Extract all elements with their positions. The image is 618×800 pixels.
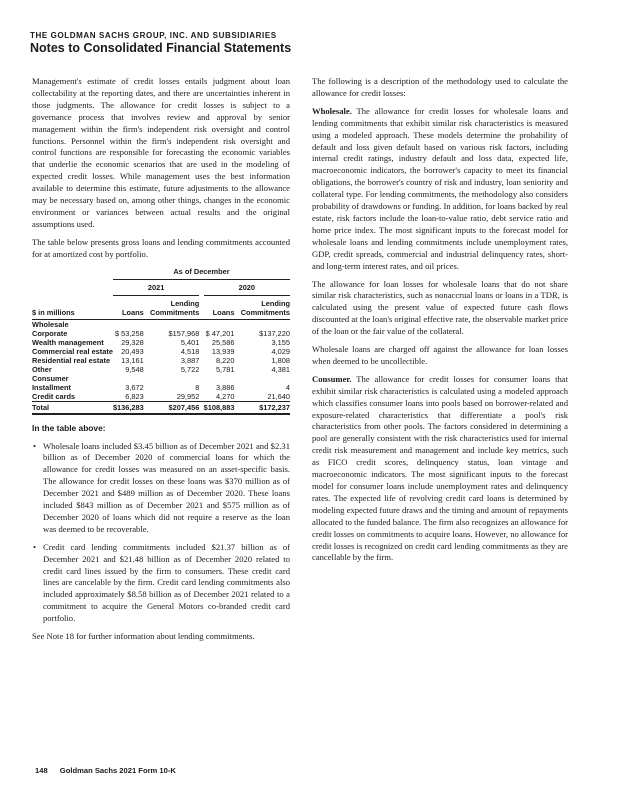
table-row: Wealth management 29,328 5,401 25,586 3,… [32,338,290,347]
col-header-units: $ in millions [32,295,113,319]
cell: 4,518 [144,347,200,356]
row-label: Corporate [32,329,113,338]
paragraph-nonshared-risk: The allowance for loan losses for wholes… [312,279,568,339]
page-title: Notes to Consolidated Financial Statemen… [30,41,590,56]
cell: 3,155 [234,338,290,347]
year-header-2020: 2020 [204,279,290,295]
cell: $157,968 [144,329,200,338]
page-number: 148 [35,766,48,775]
cell: 29,952 [144,392,200,402]
cell: $137,220 [234,329,290,338]
cell: 21,640 [234,392,290,402]
table-span-header: As of December [113,267,290,280]
paragraph-wholesale-methodology: Wholesale. The allowance for credit loss… [312,106,568,273]
loans-commitments-table: As of December 2021 2020 $ in millions L… [32,267,290,415]
section-label-in-table-above: In the table above: [32,423,290,435]
paragraph-table-intro: The table below presents gross loans and… [32,237,290,261]
table-row: Installment 3,672 8 3,886 4 [32,383,290,392]
wholesale-heading: Wholesale. [312,106,352,116]
cell: 9,548 [113,365,144,374]
cell: $108,883 [204,401,235,414]
left-column: Management's estimate of credit losses e… [32,76,290,649]
cell: 4,270 [204,392,235,402]
right-column: The following is a description of the me… [312,76,568,570]
bullet-credit-card-commitments: Credit card lending commitments included… [43,542,290,625]
bullet-wholesale-loans: Wholesale loans included $3.45 billion a… [43,441,290,536]
year-header-2021: 2021 [113,279,199,295]
cell: 6,823 [113,392,144,402]
consumer-text: The allowance for credit losses for cons… [312,374,568,563]
cell: 8 [144,383,200,392]
cell: 8,220 [204,356,235,365]
col-header-commitments-2021: Lending Commitments [144,295,200,319]
cell: 29,328 [113,338,144,347]
row-label: Commercial real estate [32,347,113,356]
table-row: Residential real estate 13,161 3,887 8,2… [32,356,290,365]
company-name: THE GOLDMAN SACHS GROUP, INC. AND SUBSID… [30,30,590,41]
cell: 5,401 [144,338,200,347]
cell: 5,722 [144,365,200,374]
notes-bullet-list: Wholesale loans included $3.45 billion a… [32,441,290,626]
cell: $136,283 [113,401,144,414]
table-row: Other 9,548 5,722 5,781 4,381 [32,365,290,374]
publication-name: Goldman Sachs 2021 Form 10-K [60,766,176,775]
cell: 4,029 [234,347,290,356]
paragraph-credit-loss-judgment: Management's estimate of credit losses e… [32,76,290,231]
cell: 13,161 [113,356,144,365]
page-header: THE GOLDMAN SACHS GROUP, INC. AND SUBSID… [30,30,590,56]
cell: 5,781 [204,365,235,374]
row-label: Credit cards [32,392,113,402]
paragraph-consumer-methodology: Consumer. The allowance for credit losse… [312,374,568,565]
paragraph-methodology-intro: The following is a description of the me… [312,76,568,100]
row-label: Residential real estate [32,356,113,365]
table-row: Credit cards 6,823 29,952 4,270 21,640 [32,392,290,402]
cell: $172,237 [234,401,290,414]
row-label: Wealth management [32,338,113,347]
col-header-loans-2020: Loans [204,295,235,319]
cell: $ 47,201 [204,329,235,338]
paragraph-charge-off: Wholesale loans are charged off against … [312,344,568,368]
cell: $207,456 [144,401,200,414]
cell: 4,381 [234,365,290,374]
cell: 25,586 [204,338,235,347]
row-label: Installment [32,383,113,392]
cell: 3,672 [113,383,144,392]
table-row: Commercial real estate 20,493 4,518 13,9… [32,347,290,356]
cell: 1,808 [234,356,290,365]
table-row: Corporate $ 53,258 $157,968 $ 47,201 $13… [32,329,290,338]
row-label: Other [32,365,113,374]
row-label: Total [32,401,113,414]
cell: $ 53,258 [113,329,144,338]
consumer-heading: Consumer. [312,374,352,384]
cell: 4 [234,383,290,392]
cell: 3,887 [144,356,200,365]
wholesale-text: The allowance for credit losses for whol… [312,106,568,271]
cell: 20,493 [113,347,144,356]
cell: 13,939 [204,347,235,356]
col-header-loans-2021: Loans [113,295,144,319]
col-header-commitments-2020: Lending Commitments [234,295,290,319]
paragraph-see-note: See Note 18 for further information abou… [32,631,290,643]
group-label-consumer: Consumer [32,374,290,383]
cell: 3,886 [204,383,235,392]
group-label-wholesale: Wholesale [32,319,290,329]
table-total-row: Total $136,283 $207,456 $108,883 $172,23… [32,401,290,414]
page-footer: 148 Goldman Sachs 2021 Form 10-K [35,766,186,775]
